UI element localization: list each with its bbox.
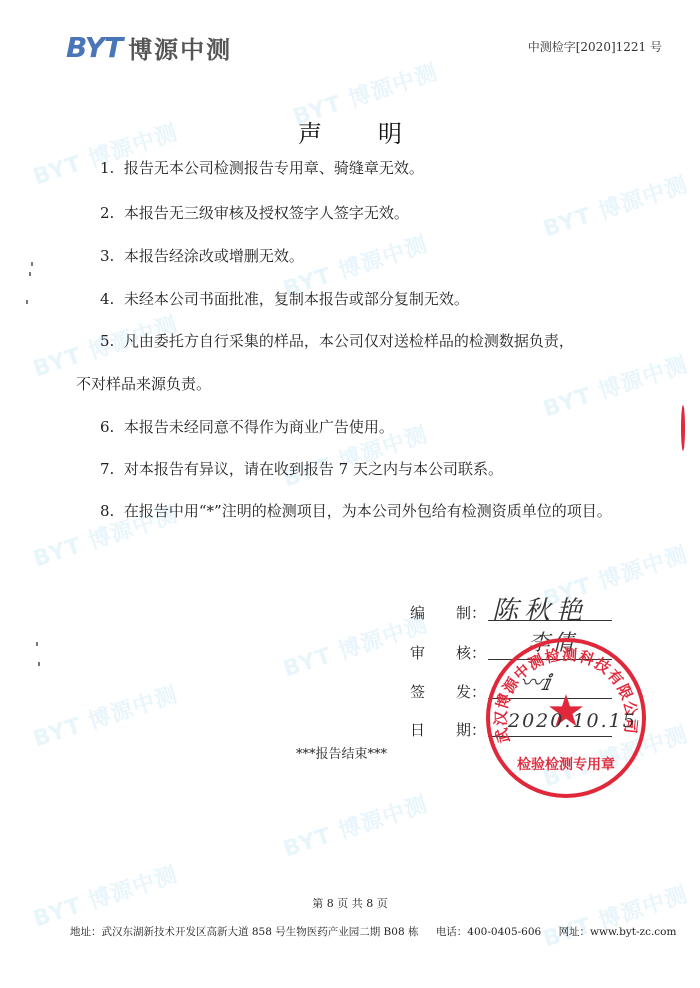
statement-text: 在报告中用“*”注明的检测项目，为本公司外包给有检测资质单位的项目。 <box>124 502 612 520</box>
statement-5-continuation: 不对样品来源负责。 <box>76 373 211 394</box>
statement-number: 5. <box>100 332 114 350</box>
statement-6: 6. 本报告未经同意不得作为商业广告使用。 <box>100 416 394 437</box>
statement-number: 6. <box>100 418 114 436</box>
watermark: BYT 博源中测 <box>279 788 431 864</box>
date-label-a: 日 <box>410 719 425 740</box>
statement-text: 本报告未经同意不得作为商业广告使用。 <box>124 418 394 436</box>
compiled-label-b: 制： <box>456 602 486 623</box>
stamp-bottom-text: 检验检测专用章 <box>490 754 642 774</box>
statement-number: 8. <box>100 502 114 520</box>
footer-website: 网址：www.byt-zc.com <box>559 926 677 938</box>
statement-2: 2. 本报告无三级审核及授权签字人签字无效。 <box>100 202 409 223</box>
perforation-seal-fragment <box>681 405 685 451</box>
reviewed-label-a: 审 <box>410 642 425 663</box>
report-end-marker: ***报告结束*** <box>296 743 387 762</box>
date-label-b: 期： <box>456 719 486 740</box>
statement-7: 7. 对本报告有异议，请在收到报告 7 天之内与本公司联系。 <box>100 458 503 479</box>
scan-speck <box>36 642 38 646</box>
scan-speck <box>38 662 40 666</box>
footer-contact: 地址：武汉东湖新技术开发区高新大道 858 号生物医药产业园二期 B08 栋 电… <box>70 924 690 939</box>
statement-1: 1. 报告无本公司检测报告专用章、骑缝章无效。 <box>100 157 424 178</box>
watermark: BYT 博源中测 <box>539 168 691 244</box>
compiled-signature: 陈秋艳 <box>492 590 588 627</box>
statement-3: 3. 本报告经涂改或增删无效。 <box>100 245 304 266</box>
compiled-label-a: 编 <box>410 602 425 623</box>
page-number: 第 8 页 共 8 页 <box>0 895 700 911</box>
logo-chinese: 博源中测 <box>128 30 232 65</box>
watermark: BYT 博源中测 <box>29 678 181 754</box>
watermark: BYT 博源中测 <box>539 878 691 954</box>
issued-label-a: 签 <box>410 681 425 702</box>
statement-5: 5. 凡由委托方自行采集的样品，本公司仅对送检样品的检测数据负责， <box>100 330 574 351</box>
statement-text: 本报告经涂改或增删无效。 <box>124 247 304 265</box>
statement-text: 报告无本公司检测报告专用章、骑缝章无效。 <box>124 159 424 177</box>
document-number: 中测检字[2020]1221 号 <box>528 38 662 55</box>
statement-number: 3. <box>100 247 114 265</box>
footer-address: 地址：武汉东湖新技术开发区高新大道 858 号生物医药产业园二期 B08 栋 <box>70 926 418 938</box>
page-title: 声明 <box>0 114 700 149</box>
issued-label-b: 发： <box>456 681 486 702</box>
statement-number: 2. <box>100 204 114 222</box>
title-char-1: 声 <box>298 114 322 149</box>
statement-number: 1. <box>100 159 114 177</box>
footer-phone: 电话：400-0405-606 <box>436 926 541 938</box>
statement-text: 本报告无三级审核及授权签字人签字无效。 <box>124 204 409 222</box>
reviewed-label-b: 核： <box>456 642 486 663</box>
scan-speck <box>26 300 28 304</box>
statement-text: 对本报告有异议，请在收到报告 7 天之内与本公司联系。 <box>124 460 503 478</box>
scan-speck <box>31 262 33 266</box>
statement-4: 4. 未经本公司书面批准，复制本报告或部分复制无效。 <box>100 288 469 309</box>
statement-number: 4. <box>100 290 114 308</box>
title-char-2: 明 <box>378 114 402 149</box>
issued-signature-scribble: 〰ⅈ <box>520 666 550 697</box>
company-logo: BYT 博源中测 <box>66 30 232 65</box>
scan-speck <box>29 272 31 276</box>
statement-text: 未经本公司书面批准，复制本报告或部分复制无效。 <box>124 290 469 308</box>
statement-8: 8. 在报告中用“*”注明的检测项目，为本公司外包给有检测资质单位的项目。 <box>100 500 612 521</box>
logo-latin: BYT <box>66 31 122 64</box>
statement-number: 7. <box>100 460 114 478</box>
statement-text: 凡由委托方自行采集的样品，本公司仅对送检样品的检测数据负责， <box>124 332 574 350</box>
watermark: BYT 博源中测 <box>279 608 431 684</box>
date-value: 2020.10.15 <box>508 710 637 732</box>
watermark: BYT 博源中测 <box>539 348 691 424</box>
